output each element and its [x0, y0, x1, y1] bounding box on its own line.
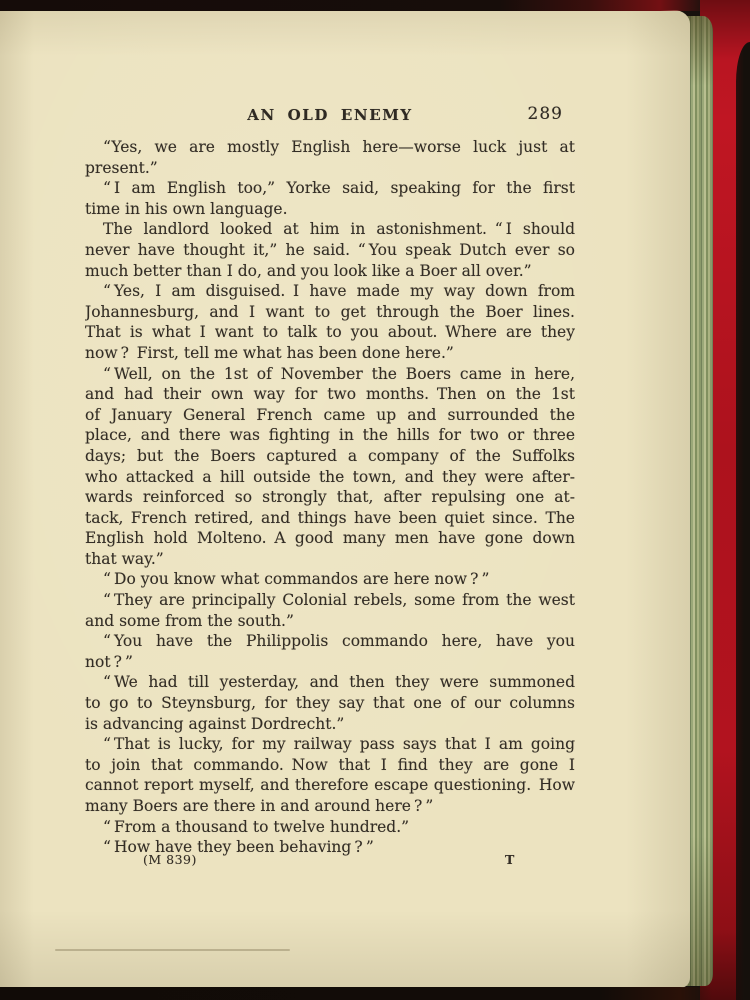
text-line: “ They are principally Colonial rebels, … — [85, 590, 575, 611]
text-line: tack, French retired, and things have be… — [85, 508, 575, 529]
page-edges-stack — [686, 16, 713, 986]
text-line: “ You have the Philippolis commando here… — [85, 631, 575, 652]
text-line: who attacked a hill outside the town, an… — [85, 467, 575, 488]
page-number: 289 — [528, 104, 563, 124]
text-line: “ Yes, I am disguised. I have made my wa… — [85, 281, 575, 302]
page-footer: (M 839) T — [85, 852, 575, 870]
text-line: days; but the Boers captured a company o… — [85, 446, 575, 467]
text-line: “Yes, we are mostly English here—worse l… — [85, 137, 575, 158]
text-line: and some from the south.” — [85, 611, 575, 632]
photo-bottom-edge — [0, 987, 750, 1000]
page-text: “Yes, we are mostly English here—worse l… — [85, 137, 575, 858]
text-line: and had their own way for two months. Th… — [85, 384, 575, 405]
text-line: time in his own language. — [85, 199, 575, 220]
book-scan-photo: AN OLD ENEMY 289 “Yes, we are mostly Eng… — [0, 0, 750, 1000]
text-line: That is what I want to talk to you about… — [85, 322, 575, 343]
page-header: AN OLD ENEMY 289 — [85, 106, 575, 126]
text-line: “ I am English too,” Yorke said, speakin… — [85, 178, 575, 199]
text-line: that way.” — [85, 549, 575, 570]
text-line: wards reinforced so strongly that, after… — [85, 487, 575, 508]
text-line: The landlord looked at him in astonishme… — [85, 219, 575, 240]
running-title: AN OLD ENEMY — [85, 106, 575, 124]
text-line: many Boers are there in and around here … — [85, 796, 575, 817]
text-line: “ We had till yesterday, and then they w… — [85, 672, 575, 693]
text-line: present.” — [85, 158, 575, 179]
text-line: never have thought it,” he said. “ You s… — [85, 240, 575, 261]
text-line: now ? First, tell me what has been done … — [85, 343, 575, 364]
text-line: to join that commando. Now that I find t… — [85, 755, 575, 776]
text-line: place, and there was fighting in the hil… — [85, 425, 575, 446]
book-page: AN OLD ENEMY 289 “Yes, we are mostly Eng… — [0, 10, 690, 988]
paper-crease — [55, 949, 290, 951]
background-shadow — [736, 42, 750, 1000]
text-line: not ? ” — [85, 652, 575, 673]
text-line: English hold Molteno. A good many men ha… — [85, 528, 575, 549]
text-line: is advancing against Dordrecht.” — [85, 714, 575, 735]
text-line: of January General French came up and su… — [85, 405, 575, 426]
signature-mark: T — [505, 852, 514, 867]
photo-top-edge — [0, 0, 750, 11]
text-line: “ From a thousand to twelve hundred.” — [85, 817, 575, 838]
text-line: to go to Steynsburg, for they say that o… — [85, 693, 575, 714]
text-line: cannot report myself, and therefore esca… — [85, 775, 575, 796]
text-line: Johannesburg, and I want to get through … — [85, 302, 575, 323]
press-mark: (M 839) — [143, 852, 197, 867]
text-line: “ That is lucky, for my railway pass say… — [85, 734, 575, 755]
text-line: “ Well, on the 1st of November the Boers… — [85, 364, 575, 385]
text-line: “ Do you know what commandos are here no… — [85, 569, 575, 590]
text-line: much better than I do, and you look like… — [85, 261, 575, 282]
